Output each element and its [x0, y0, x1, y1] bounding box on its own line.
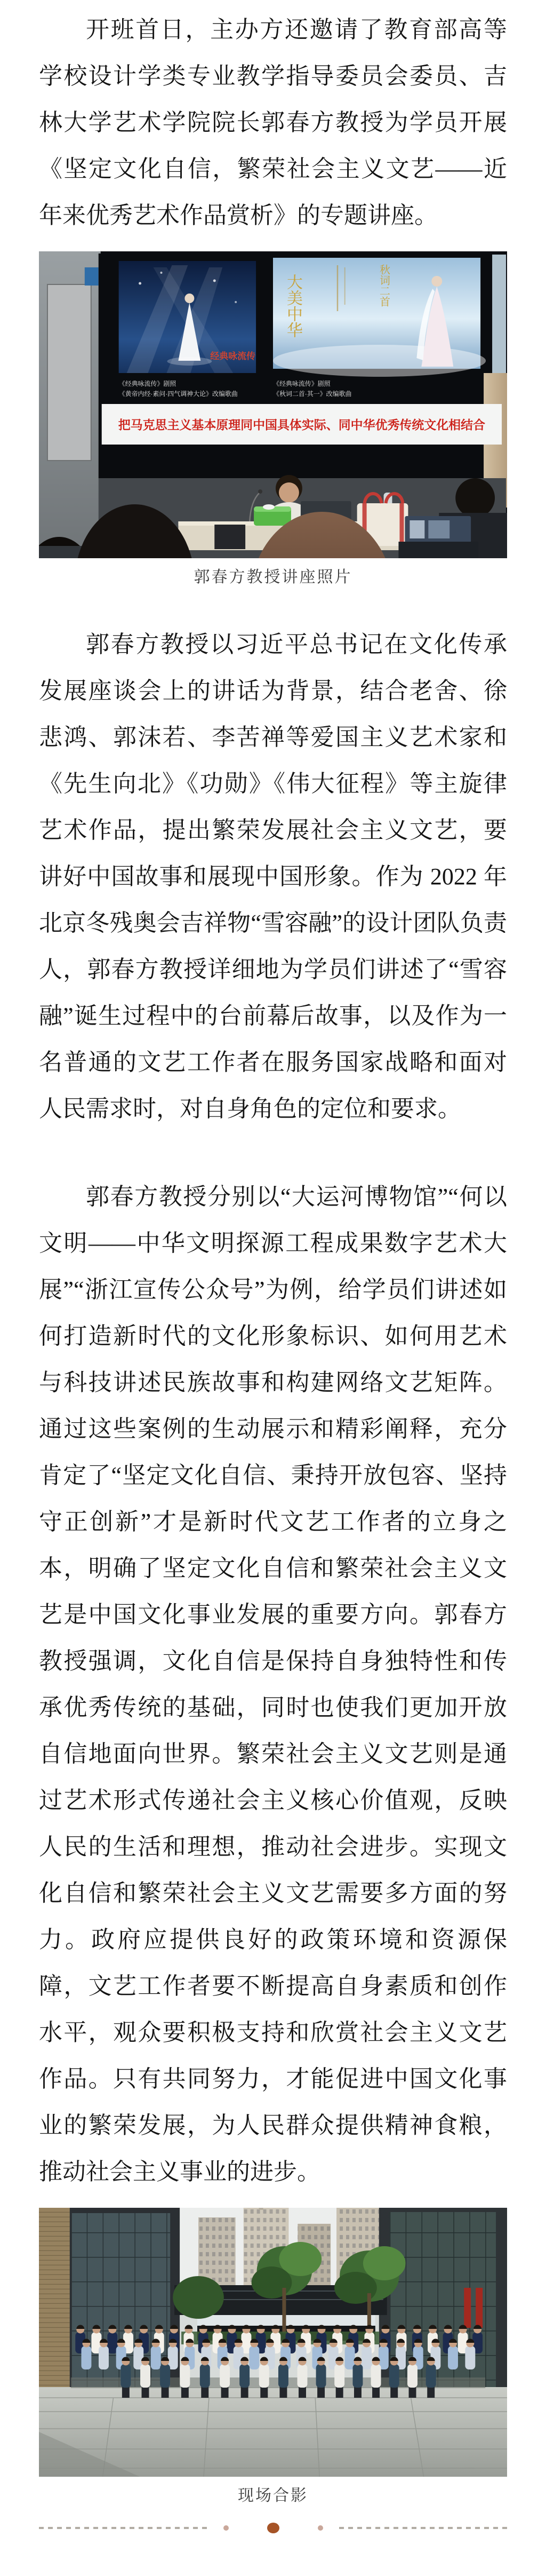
red-banner [464, 2288, 471, 2328]
left-caption-2: 《黄帝内经·素问·四气调神大论》改编歌曲 [119, 390, 238, 398]
glass-canopy [197, 2315, 375, 2326]
paragraph-intro: 开班首日，主办方还邀请了教育部高等学校设计学类专业教学指导委员会委员、吉林大学艺… [39, 6, 507, 239]
red-banner [476, 2288, 483, 2328]
lecture-photo-art: 经典咏流传 大美中华 秋词二首 《经典咏流传》剧照 [39, 251, 507, 558]
group-photo-caption: 现场合影 [39, 2485, 507, 2507]
speaker-face [279, 482, 299, 503]
wall-sign [85, 267, 99, 286]
show-logo-text: 经典咏流传 [210, 351, 255, 361]
tissue-puff [263, 504, 275, 510]
slogan-banner-text: 把马克思主义基本原理同中国具体实际、同中华优秀传统文化相结合 [118, 418, 485, 432]
paragraph-lecture-content: 郭春方教授以习近平总书记在文化传承发展座谈会上的讲话为背景，结合老舍、徐悲鸿、郭… [39, 621, 507, 1132]
microphone-head [258, 489, 262, 494]
lecture-photo-caption: 郭春方教授讲座照片 [39, 567, 507, 588]
lecture-photo[interactable]: 经典咏流传 大美中华 秋词二首 《经典咏流传》剧照 [39, 251, 507, 558]
credit-column-mark [337, 265, 338, 311]
door-panel [47, 284, 91, 461]
divider-dot-right [318, 2525, 323, 2531]
end-of-article-divider [39, 2522, 507, 2534]
divider-dash-left [39, 2527, 207, 2529]
slide-banner-band: 把马克思主义基本原理同中国具体实际、同中华优秀传统文化相结合 [102, 404, 502, 445]
audience-head [455, 478, 495, 518]
crowd-shadow [71, 2377, 485, 2388]
divider-dot-left [223, 2525, 229, 2531]
group-photo-art [39, 2208, 507, 2477]
palm-trunk [282, 2288, 286, 2333]
divider-dot-center [267, 2523, 279, 2533]
paragraph-case-studies: 郭春方教授分别以“大运河博物馆”“何以文明——中华文明探源工程成果数字艺术大展”… [39, 1174, 507, 2195]
slide-right-stage-still: 大美中华 秋词二首 [273, 258, 486, 377]
slide-left-stage-still: 经典咏流传 [119, 261, 256, 373]
right-caption-2: 《秋词二首·其一》改编歌曲 [273, 390, 351, 398]
audience-laptop-base [398, 542, 478, 558]
bright-window-strip [492, 255, 506, 373]
figure-group-photo: 现场合影 [39, 2208, 507, 2507]
right-caption-1: 《经典咏流传》剧照 [273, 379, 331, 387]
figure-lecture: 经典咏流传 大美中华 秋词二首 《经典咏流传》剧照 [39, 251, 507, 588]
credit-column-mark [344, 267, 346, 305]
left-caption-1: 《经典咏流传》剧照 [119, 379, 177, 387]
divider-dash-right [339, 2527, 508, 2529]
audio-device [214, 525, 245, 549]
tower-spire [259, 2208, 263, 2210]
article-page: 开班首日，主办方还邀请了教育部高等学校设计学类专业教学指导委员会委员、吉林大学艺… [0, 0, 546, 2576]
group-photo[interactable] [39, 2208, 507, 2477]
song-title-vertical: 秋词二首 [378, 264, 390, 307]
calligraphy-text: 大美中华 [284, 274, 302, 338]
stage-mist [273, 345, 486, 377]
